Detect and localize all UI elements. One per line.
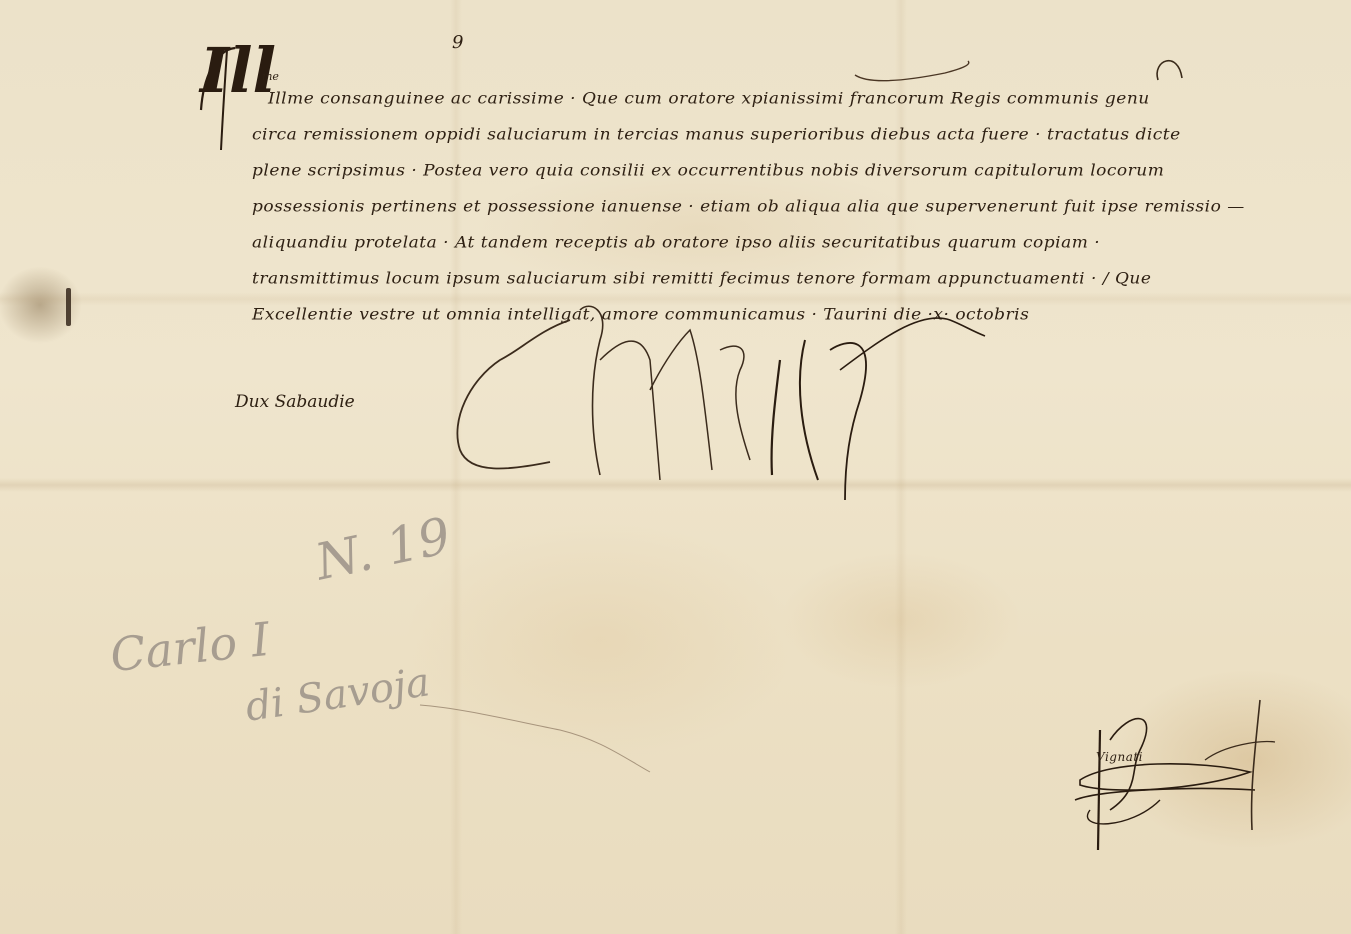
initial-superscript: me — [262, 70, 279, 83]
flourish-arc-icon — [1150, 50, 1190, 90]
edge-ink-mark — [66, 288, 71, 326]
closing-addressee: Dux Sabaudie — [235, 392, 355, 412]
letter-line-5: aliquandiu protelata · At tandem recepti… — [252, 233, 1100, 252]
letter-line-3: plene scripsimus · Postea vero quia cons… — [252, 161, 1164, 180]
letter-line-1: Illme consanguinee ac carissime · Que cu… — [268, 89, 1150, 108]
signature-charles-icon — [450, 300, 1010, 530]
letter-line-2: circa remissionem oppidi saluciarum in t… — [252, 125, 1181, 144]
paper-crack-line-icon — [420, 700, 660, 780]
secretary-signature-icon — [1070, 690, 1290, 850]
letter-line-4: possessionis pertinens et possessione ia… — [252, 197, 1245, 216]
secretary-signature-text: Vignati — [1096, 750, 1143, 764]
superscript-mark: 9 — [452, 32, 463, 53]
letter-line-6: transmittimus locum ipsum saluciarum sib… — [252, 269, 1151, 288]
